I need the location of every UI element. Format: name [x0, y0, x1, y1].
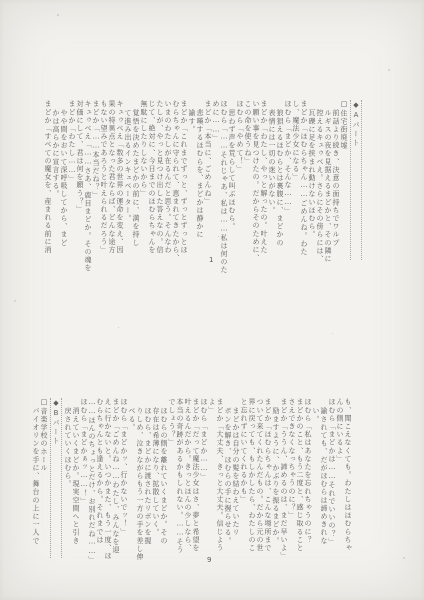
script-line: バイオリンを手に、舞台の上に一人で — [32, 398, 40, 558]
script-line: たしが、やっと見つけ出した答えなの。信 — [156, 100, 164, 260]
script-line: 叶えるんだから。きっとほんの少しなら、 — [184, 398, 192, 558]
script-line: 戻されていくほむら。 — [64, 398, 72, 558]
script-line: まどかのこと、もう二度と、感じ取ること — [296, 398, 304, 558]
script-line: 本当の奇跡があるかもしれない。……そう — [176, 398, 184, 558]
script-line: し、魔法少女になる」 — [292, 100, 300, 260]
script-line: まどか「ほむらちゃん……ごめんね。わた — [300, 100, 308, 260]
scanned-script-document: ◆Aパート □住宅街廃墟前話より続き、決意の面持ちでワルプルギスの夜を見据えるま… — [0, 0, 424, 600]
script-line: ほむら「まどかぁッ……！」 — [80, 398, 88, 558]
text-columns-page-1: □住宅街廃墟前話より続き、決意の面持ちでワルプルギスの夜を見据えるまどかと、その… — [44, 100, 348, 260]
script-line: ほむら「まどか、そんな……」 — [284, 100, 292, 260]
script-line: 消えていくまどか。現実空間へと引き — [72, 398, 80, 558]
script-line: ほむら「私はあなたを忘れちゃうのに？ — [304, 398, 312, 558]
script-line: と忘れずにいてくれるかも」 — [240, 398, 248, 558]
script-line: まどか「すべての魔女を、産まれる前に消 — [44, 100, 52, 260]
script-line: 覚悟を決めたまどかの前に、満を持し — [132, 100, 140, 260]
script-line: えに行かないと。いつかまた、もう一度、ほ — [104, 398, 112, 558]
script-line: 無駄にしたりしないから」 — [140, 100, 148, 260]
script-line: まどか「これまでずっと、ずっとずっとほ — [180, 100, 188, 260]
script-line: 励ますように、かぶりを振るまどか。 — [272, 398, 280, 558]
script-line: 諭されても、だがほむらは諦めきれな — [320, 398, 328, 558]
script-line: ほむら、まどかに渡されたリボンを握 — [144, 398, 152, 558]
part-a-header: ◆Aパート — [350, 100, 362, 260]
script-line: キュゥべえ「数多の世界の運命を変え、因 — [116, 100, 124, 260]
script-line: 瓦礫に足を挟まれ動けないほむら。 — [308, 100, 316, 260]
script-line: でしょう？」 — [168, 398, 176, 558]
script-line: ほむら「まどか……」 — [200, 398, 208, 558]
script-line: て進み出るインキュベーター。 — [124, 100, 132, 260]
script-line: ボンを解き、ほむらの手に握らせる。 — [224, 398, 232, 558]
script-line: も、聞こえなくても。わたしはほむらちゃ — [344, 398, 352, 558]
script-line: まどかは自分の髪を結わえていたリ — [232, 398, 240, 558]
script-line: べる。 — [128, 398, 136, 558]
script-line: ほむら「まどかッ、行かないでッ！」 — [120, 398, 128, 558]
part-b-header: ◆Bパート — [50, 398, 62, 558]
script-line: い。 — [312, 398, 320, 558]
script-line: さえできなくなっちゃうのに？」 — [288, 398, 296, 558]
script-line: □住宅街廃墟 — [340, 100, 348, 260]
script-line: この命を使うね」 — [244, 100, 252, 260]
script-line: 控えるキュゥべえ。さらにその傍らには、 — [316, 100, 324, 260]
script-line: まどか「大丈夫、きっと大丈夫。信じよう — [216, 398, 224, 558]
script-line: やや間をおいて深呼吸してから、まど — [60, 100, 68, 260]
script-line: じて、絶対に、今日までのほむらちゃんを — [148, 100, 156, 260]
script-line: 諭す。 — [188, 100, 196, 260]
script-line: 悲嘆するほむらを、まどかは静かに — [196, 100, 204, 260]
script-line: キュゥべえ「……さあ、鹿目まどか。その魂を — [84, 100, 92, 260]
script-line: ルギスの夜を見据えるまどかと、その隣に — [324, 100, 332, 260]
script-line: むらちゃんに守られて、恵まれてきたから、 — [172, 100, 180, 260]
script-page-1: ◆Aパート □住宅街廃墟前話より続き、決意の面持ちでワルプルギスの夜を見据えるま… — [36, 100, 364, 260]
script-line: まどか「本当に、ごめんね」 — [204, 100, 212, 260]
script-line: ……ほんのちょっとだけ、お別れだね……」 — [88, 398, 96, 558]
script-line: いまのわたしが在るんだと思う。そんなわ — [164, 100, 172, 260]
script-line: ついて来てくれたんだもの。だから元の世 — [256, 398, 264, 558]
script-line: ほむらの側を離れていくまどか。その — [160, 398, 168, 558]
script-line: □音楽学校のホール — [40, 398, 48, 558]
script-line: 狼狽えるほむらとは裏腹に、まどかの — [276, 100, 284, 260]
script-line: もない望みであろうと叶えられるだろう」 — [100, 100, 108, 260]
script-line: まどか「だって魔法少女はさ、夢と希望を — [192, 398, 200, 558]
page-number-1: 1 — [209, 256, 213, 264]
script-line: まどか「ごめんね……わたし、みんなを迎 — [112, 398, 120, 558]
script-line: まどか「わたし……」 — [68, 100, 76, 260]
script-line: んの側にいるよ」 — [336, 398, 344, 558]
text-columns-page-9: も、聞こえなくても。わたしはほむらちゃんの側にいるよ」ほむら「まどかは……それで… — [64, 398, 352, 558]
script-line: まどか「……本当だね？」 — [92, 100, 100, 260]
script-line: 前話より続き、決意の面持ちでワルプ — [332, 100, 340, 260]
script-line: ほむら「……それじゃあ、私は……私は何のた — [220, 100, 228, 260]
script-line: 果の特異点となった君ならば、どんな途方 — [108, 100, 116, 260]
script-line: かは高らかに宣言する。 — [52, 100, 60, 260]
script-line: 界に戻っても、もしかしたら、わたしのこ — [248, 398, 256, 558]
script-line: よ」 — [208, 398, 216, 558]
script-line: 存在は希薄になり、拡散していく。 — [152, 398, 160, 558]
page-number-9: 9 — [207, 556, 211, 564]
script-line: まどか「ううん、諦めるのは、まだ早いよ」 — [280, 398, 288, 558]
script-line: りしめ、泣きながらもう一方の手を差し伸 — [136, 398, 144, 558]
script-line: まどか「わたし、やっと解ったの。叶えた — [260, 100, 268, 260]
text-columns-page-9-after-header: □音楽学校のホールバイオリンを手に、舞台の上に一人で — [32, 398, 48, 558]
script-line: まどか「ほむらちゃんは、こんな場所まで — [264, 398, 272, 558]
script-line: い願い事を見つけたの。だからそのために、 — [252, 100, 260, 260]
script-line: 思わず声を荒らして叫ぶほむら。 — [228, 100, 236, 260]
script-line: むらちゃんとも逢えるから。それまでは — [96, 398, 104, 558]
script-line: 対価にして、君は何を願う？」 — [76, 100, 84, 260]
script-page-9: も、聞こえなくても。わたしはほむらちゃんの側にいるよ」ほむら「まどかは……それで… — [32, 398, 352, 558]
script-line: ほむら「やめて！」 — [236, 100, 244, 260]
script-line: ほむら「まどかは……それでいいの？」 — [328, 398, 336, 558]
script-line: 表情には一切の迷いがない。 — [268, 100, 276, 260]
